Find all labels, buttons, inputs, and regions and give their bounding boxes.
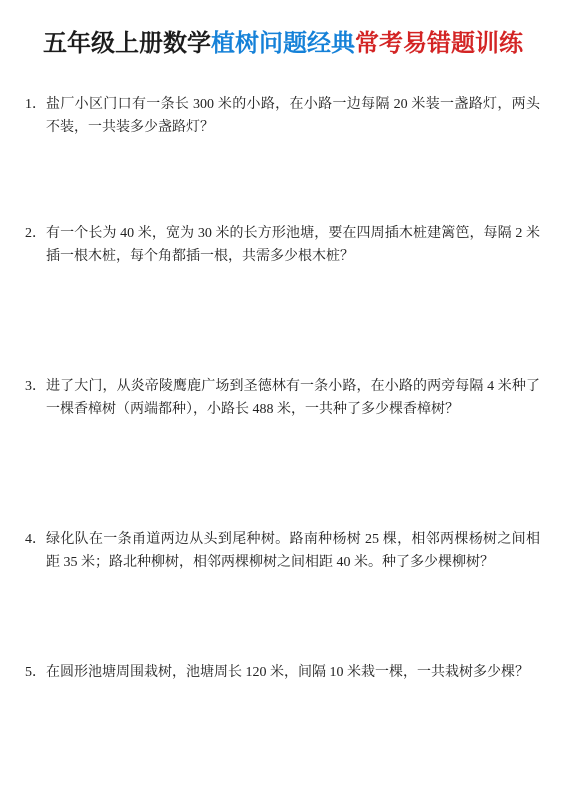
problem-5-text: 在圆形池塘周围栽树，池塘周长 120 米，间隔 10 米栽一棵，一共栽树多少棵？ — [46, 661, 540, 684]
problem-2-number: 2． — [25, 222, 46, 245]
problem-list: 1． 盐厂小区门口有一条长 300 米的小路，在小路一边每隔 20 米装一盏路灯… — [0, 93, 566, 684]
problem-1: 1． 盐厂小区门口有一条长 300 米的小路，在小路一边每隔 20 米装一盏路灯… — [25, 93, 540, 139]
problem-4: 4． 绿化队在一条甬道两边从头到尾种树。路南种杨树 25 棵，相邻两棵杨树之间相… — [25, 528, 540, 574]
title-segment-blue: 植树问题经典 — [211, 30, 355, 57]
title-segment-black: 五年级上册数学 — [43, 30, 211, 57]
problem-1-text: 盐厂小区门口有一条长 300 米的小路，在小路一边每隔 20 米装一盏路灯，两头… — [46, 93, 540, 139]
problem-4-number: 4． — [25, 528, 46, 551]
problem-2-text: 有一个长为 40 米，宽为 30 米的长方形池塘，要在四周插木桩建篱笆，每隔 2… — [46, 222, 540, 268]
worksheet-page: 五年级上册数学植树问题经典常考易错题训练 1． 盐厂小区门口有一条长 300 米… — [0, 0, 566, 800]
title-segment-red: 常考易错题训练 — [355, 30, 523, 57]
problem-5-number: 5． — [25, 661, 46, 684]
problem-5: 5． 在圆形池塘周围栽树，池塘周长 120 米，间隔 10 米栽一棵，一共栽树多… — [25, 661, 540, 684]
problem-3: 3． 进了大门，从炎帝陵鹰鹿广场到圣德林有一条小路，在小路的两旁每隔 4 米种了… — [25, 375, 540, 421]
problem-1-number: 1． — [25, 93, 46, 116]
page-title: 五年级上册数学植树问题经典常考易错题训练 — [0, 0, 566, 61]
problem-3-number: 3． — [25, 375, 46, 398]
problem-4-text: 绿化队在一条甬道两边从头到尾种树。路南种杨树 25 棵，相邻两棵杨树之间相距 3… — [46, 528, 540, 574]
problem-2: 2． 有一个长为 40 米，宽为 30 米的长方形池塘，要在四周插木桩建篱笆，每… — [25, 222, 540, 268]
problem-3-text: 进了大门，从炎帝陵鹰鹿广场到圣德林有一条小路，在小路的两旁每隔 4 米种了一棵香… — [46, 375, 540, 421]
